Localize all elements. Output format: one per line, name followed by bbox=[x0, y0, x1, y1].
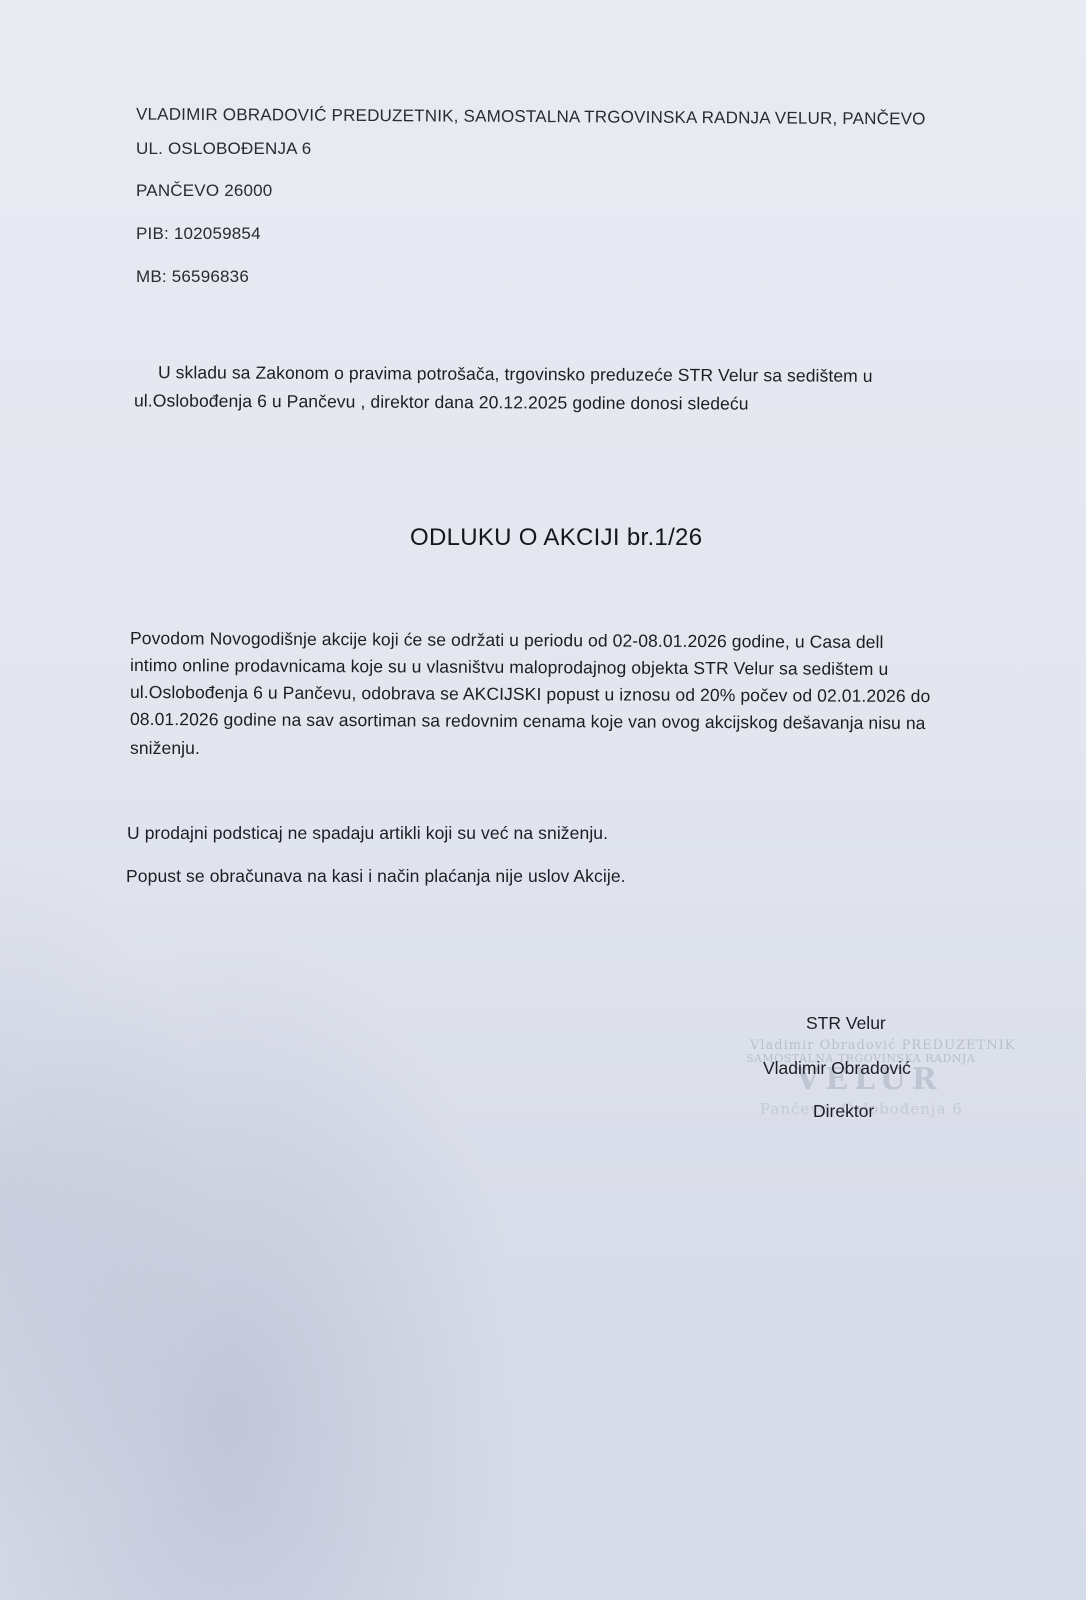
document-page: VLADIMIR OBRADOVIĆ PREDUZETNIK, SAMOSTAL… bbox=[0, 0, 1086, 1600]
body-line-1: Povodom Novogodišnje akcije koji će se o… bbox=[130, 628, 884, 653]
intro-line-2: ul.Oslobođenja 6 u Pančevu , direktor da… bbox=[134, 390, 749, 414]
body-line-2: intimo online prodavnicama koje su u vla… bbox=[130, 655, 888, 680]
note-2: Popust se obračunava na kasi i način pla… bbox=[126, 866, 626, 887]
signature-name: Vladimir Obradović bbox=[763, 1058, 911, 1079]
company-mb: MB: 56596836 bbox=[136, 267, 249, 287]
company-city: PANČEVO 26000 bbox=[136, 181, 272, 201]
company-stamp: Vladimir Obradović PREDUZETNIK SAMOSTALN… bbox=[750, 1038, 1020, 1138]
note-1: U prodajni podsticaj ne spadaju artikli … bbox=[127, 823, 608, 844]
signature-role: Direktor bbox=[813, 1101, 874, 1122]
body-line-3: ul.Oslobođenja 6 u Pančevu, odobrava se … bbox=[130, 682, 930, 707]
stamp-line-1: Vladimir Obradović PREDUZETNIK bbox=[750, 1038, 1015, 1053]
company-street: UL. OSLOBOĐENJA 6 bbox=[136, 139, 311, 159]
company-pib: PIB: 102059854 bbox=[136, 224, 261, 244]
company-name: VLADIMIR OBRADOVIĆ PREDUZETNIK, SAMOSTAL… bbox=[136, 105, 926, 130]
body-line-5: sniženju. bbox=[130, 738, 200, 759]
body-line-4: 08.01.2026 godine na sav asortiman sa re… bbox=[130, 709, 926, 734]
decision-title: ODLUKU O AKCIJI br.1/26 bbox=[410, 524, 702, 552]
signature-company: STR Velur bbox=[806, 1013, 886, 1034]
intro-line-1: U skladu sa Zakonom o pravima potrošača,… bbox=[158, 362, 873, 387]
